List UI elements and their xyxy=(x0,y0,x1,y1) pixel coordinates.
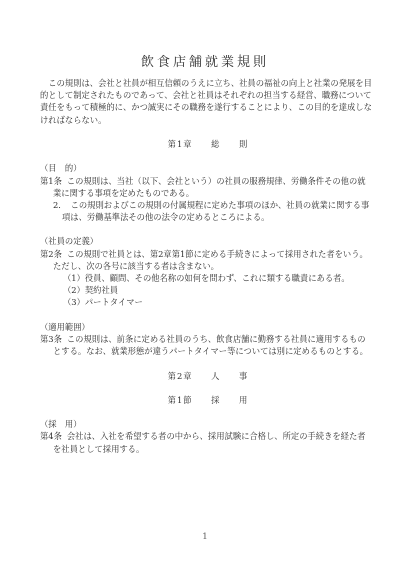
article-3-line-1: 第3条この規則は、前条に定める社員のうち、飲食店舗に勤務する社員に適用するもの xyxy=(40,333,376,345)
article-1-sub-2-label: 2． xyxy=(53,200,67,210)
article-2-label: 第2条 xyxy=(40,249,62,259)
article-2-item-3: （3）パートタイマー xyxy=(40,296,376,308)
spacer xyxy=(40,309,376,321)
page-number: 1 xyxy=(0,532,410,542)
chapter-2-section-1-heading: 第1節 採 用 xyxy=(40,394,376,406)
chapter-2-heading: 第2章 人 事 xyxy=(40,370,376,382)
article-4-text-1: 会社は、入社を希望する者の中から、採用試験に合格し、所定の手続きを経た者 xyxy=(67,431,366,441)
article-1-text-1: この規則は、当社（以下、会社という）の社員の服務規律、労働条件その他の就 xyxy=(67,176,366,186)
article-2-item-1: （1）役員、顧問、その他名称の如何を問わず、これに類する職責にある者。 xyxy=(40,272,376,284)
article-1-line-1: 第1条この規則は、当社（以下、会社という）の社員の服務規律、労働条件その他の就 xyxy=(40,175,376,187)
document-page: 飲食店舗就業規則 この規則は、会社と社員が相互信頼のうえに立ち、社員の福祉の向上… xyxy=(0,0,410,580)
article-3-label: 第3条 xyxy=(40,334,62,344)
article-1-sub-2-line-2: 項は、労働基準法その他の法令の定めるところによる。 xyxy=(40,211,376,223)
article-1-sub-2-line-1: 2．この規則およびこの規則の付属規程に定めた事項のほか、社員の就業に関する事 xyxy=(40,199,376,211)
intro-line-3: 責任をもって積極的に、かつ誠実にその職務を遂行することにより、この目的を達成しな xyxy=(40,101,376,113)
article-4-line-1: 第4条会社は、入社を希望する者の中から、採用試験に合格し、所定の手続きを経た者 xyxy=(40,430,376,442)
article-4-line-2: を社員として採用する。 xyxy=(40,443,376,455)
intro-line-2: 的として制定されたものであって、会社と社員はそれぞれの担当する経営、職務について xyxy=(40,89,376,101)
article-2-line-1: 第2条この規則で社員とは、第2章第1節に定める手続きによって採用された者をいう。 xyxy=(40,248,376,260)
intro-line-4: ければならない。 xyxy=(40,114,376,126)
document-body: この規則は、会社と社員が相互信頼のうえに立ち、社員の福祉の向上と社業の発展を目 … xyxy=(40,77,376,455)
intro-line-1: この規則は、会社と社員が相互信頼のうえに立ち、社員の福祉の向上と社業の発展を目 xyxy=(40,77,376,89)
article-2-caption: （社員の定義） xyxy=(40,235,376,247)
document-title: 飲食店舗就業規則 xyxy=(0,51,410,70)
spacer xyxy=(40,406,376,418)
article-2-line-2: ただし、次の各号に該当する者は含まない。 xyxy=(40,260,376,272)
spacer xyxy=(40,382,376,394)
article-2-item-2: （2）契約社員 xyxy=(40,284,376,296)
article-1-sub-2-text-1: この規則およびこの規則の付属規程に定めた事項のほか、社員の就業に関する事 xyxy=(71,200,370,210)
chapter-1-heading: 第1章 総 則 xyxy=(40,138,376,150)
article-3-caption: （適用範囲） xyxy=(40,321,376,333)
article-1-line-2: 業に関する事項を定めたものである。 xyxy=(40,187,376,199)
spacer xyxy=(40,357,376,369)
spacer xyxy=(40,223,376,235)
article-4-caption: （採 用） xyxy=(40,418,376,430)
article-2-text-1: この規則で社員とは、第2章第1節に定める手続きによって採用された者をいう。 xyxy=(67,249,368,259)
spacer xyxy=(40,150,376,162)
article-3-text-1: この規則は、前条に定める社員のうち、飲食店舗に勤務する社員に適用するもの xyxy=(67,334,366,344)
article-1-caption: （目 的） xyxy=(40,162,376,174)
article-3-line-2: とする。なお、就業形態が違うパートタイマー等については別に定めるものとする。 xyxy=(40,345,376,357)
article-1-label: 第1条 xyxy=(40,176,62,186)
article-4-label: 第4条 xyxy=(40,431,62,441)
spacer xyxy=(40,126,376,138)
